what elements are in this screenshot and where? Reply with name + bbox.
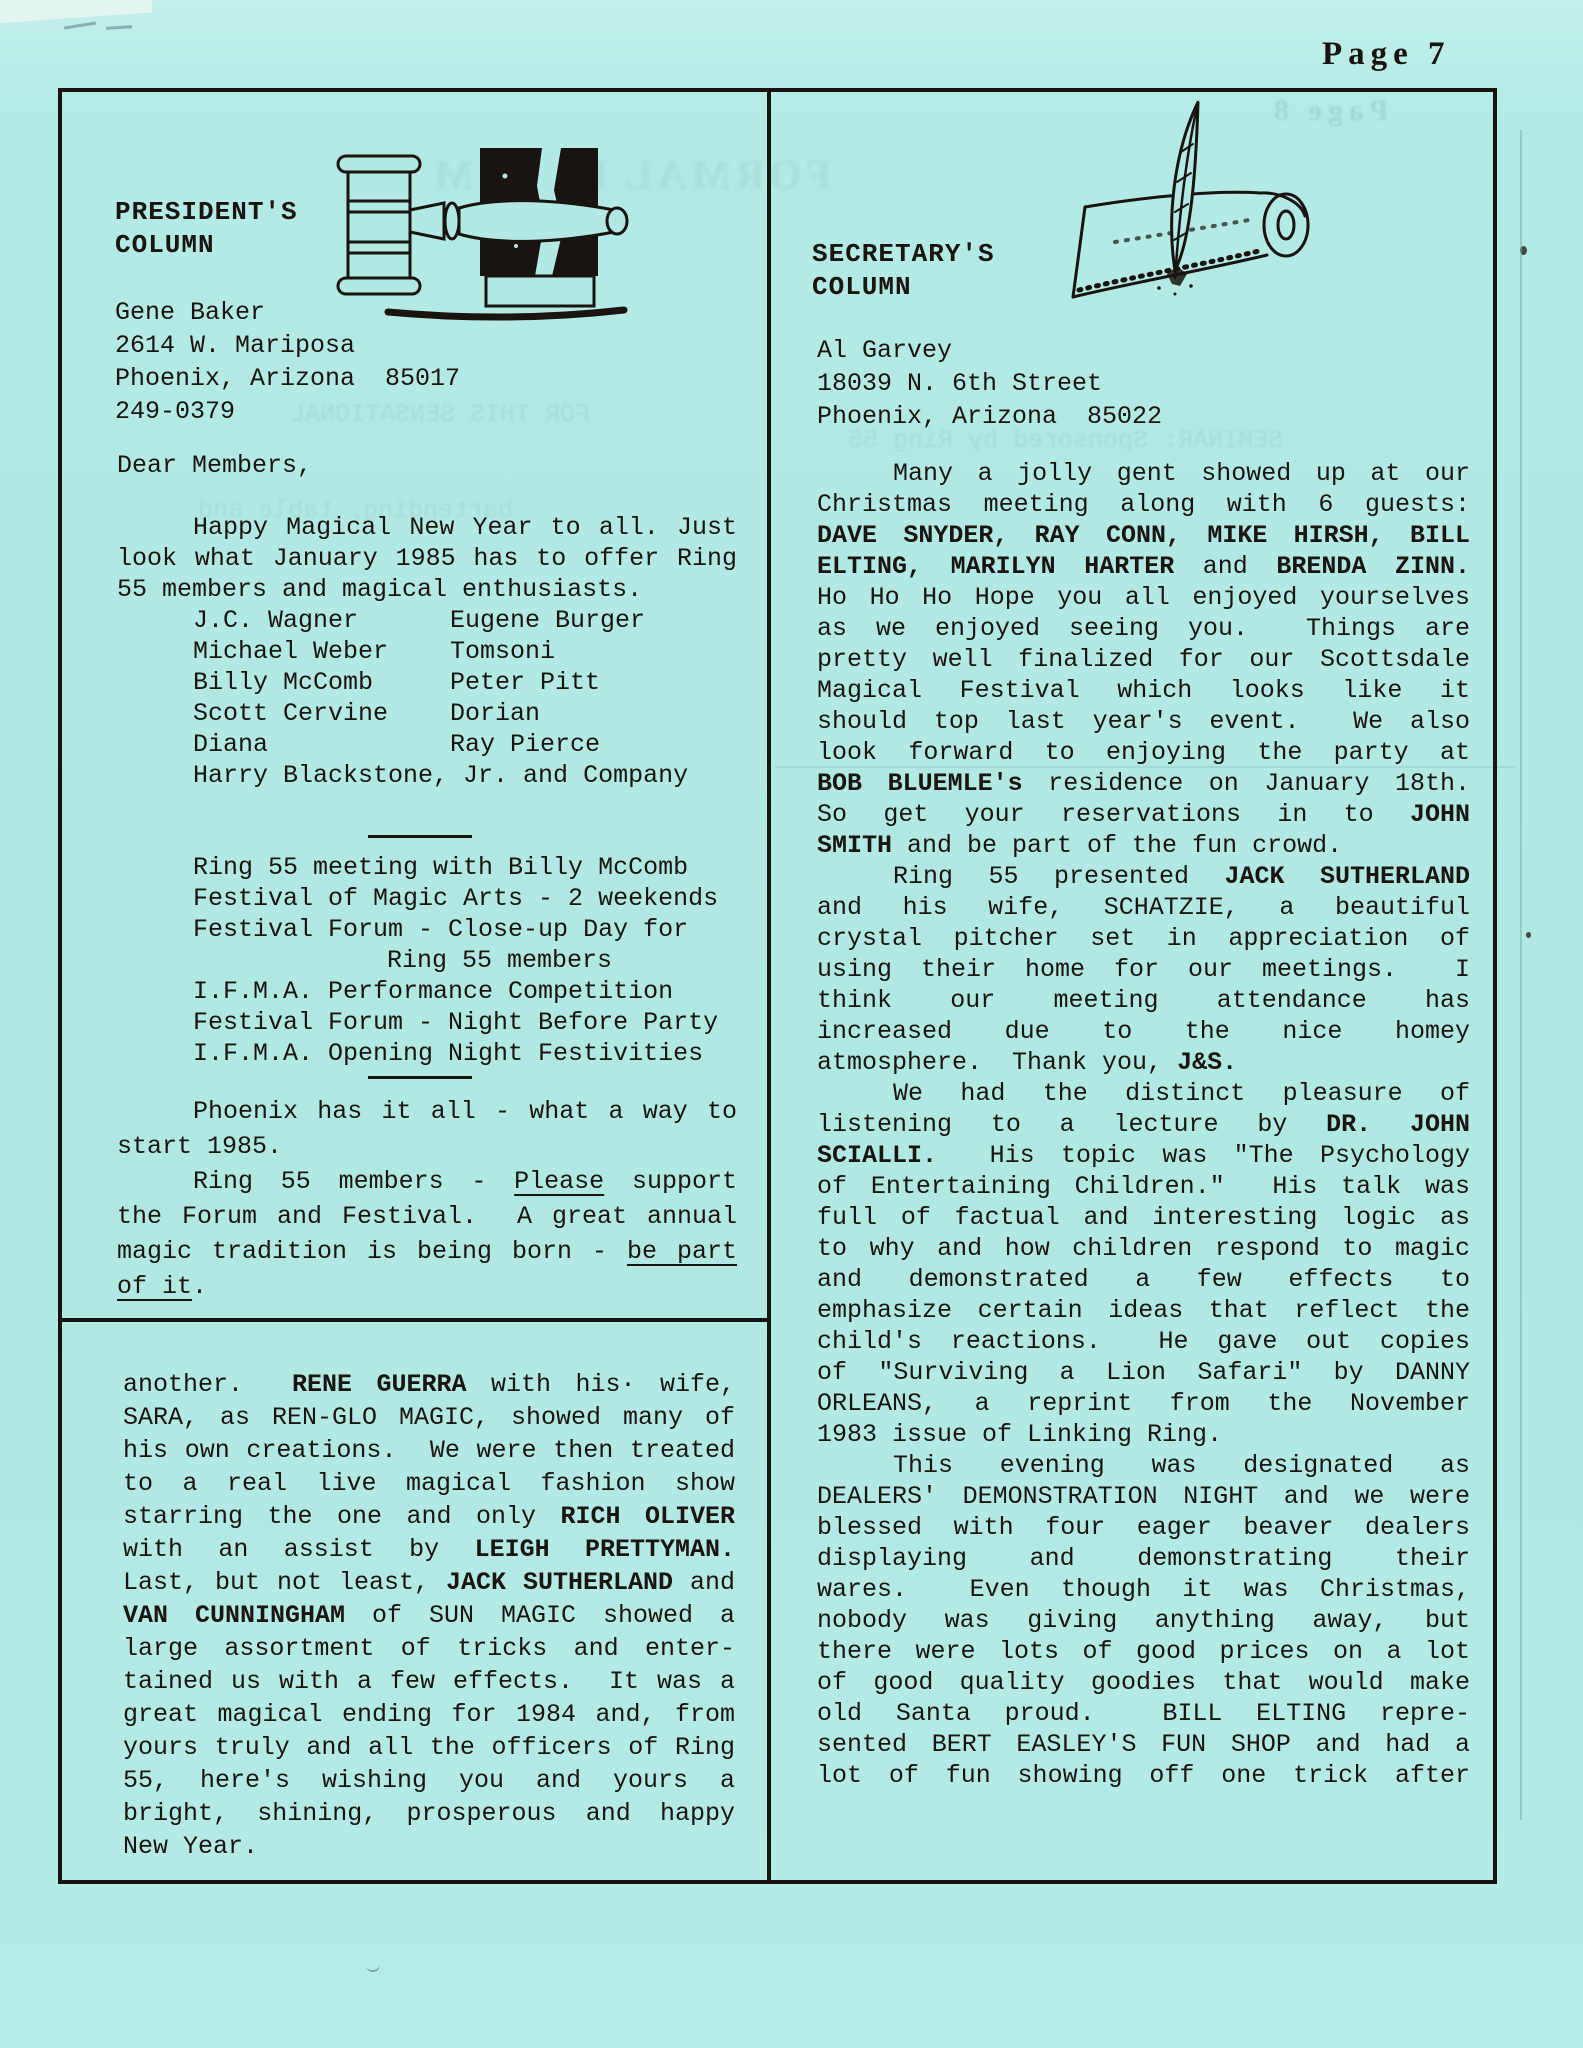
text-line: blessed with four eager beaver dealers <box>817 1512 1470 1543</box>
name-list-row: Michael WeberTomsoni <box>117 636 737 667</box>
name-list-row: Billy McCombPeter Pitt <box>117 667 737 698</box>
president-title-line2: COLUMN <box>115 229 298 262</box>
text-line: DAVE SNYDER, RAY CONN, MIKE HIRSH, BILL <box>817 520 1470 551</box>
text-line: ELTING, MARILYN HARTER and BRENDA ZINN. <box>817 551 1470 582</box>
text-line: Last, but not least, JACK SUTHERLAND and <box>123 1566 735 1599</box>
text-line: and his wife, SCHATZIE, a beautiful <box>817 892 1470 923</box>
text-line: of Entertaining Children." His talk was <box>817 1171 1470 1202</box>
text-line: large assortment of tricks and enter- <box>123 1632 735 1665</box>
name-right: Tomsoni <box>450 637 555 666</box>
text-line: sented BERT EASLEY'S FUN SHOP and had a <box>817 1729 1470 1760</box>
president-column-title: PRESIDENT'S COLUMN <box>115 196 298 262</box>
text-line: atmosphere. Thank you, J&S. <box>817 1047 1470 1078</box>
text-line: crystal pitcher set in appreciation of <box>817 923 1470 954</box>
secretary-column-title: SECRETARY'S COLUMN <box>812 238 995 304</box>
text-line: Many a jolly gent showed up at our <box>817 458 1470 489</box>
text-line: using their home for our meetings. I <box>817 954 1470 985</box>
president-letter-opening: Dear Members,Happy Magical New Year to a… <box>117 450 737 791</box>
text-line: of good quality goodies that would make <box>817 1667 1470 1698</box>
name-left: Diana <box>193 729 450 760</box>
text-line: This evening was designated as <box>817 1450 1470 1481</box>
text-line: 249-0379 <box>115 395 460 428</box>
president-address: Gene Baker2614 W. MariposaPhoenix, Arizo… <box>115 296 460 428</box>
text-line: to a real live magical fashion show <box>123 1467 735 1500</box>
name-left: Billy McComb <box>193 667 450 698</box>
scan-artifact <box>365 1959 381 1973</box>
typed-rule <box>368 835 472 838</box>
text-line: 18039 N. 6th Street <box>817 367 1162 400</box>
name-list-row: J.C. WagnerEugene Burger <box>117 605 737 636</box>
text-line: bright, shining, prosperous and happy <box>123 1797 735 1830</box>
text-line: I.F.M.A. Performance Competition <box>117 976 737 1007</box>
text-line: child's reactions. He gave out copies <box>817 1326 1470 1357</box>
text-line: tained us with a few effects. It was a <box>123 1665 735 1698</box>
name-right: Dorian <box>450 699 540 728</box>
text-line: Festival Forum - Night Before Party <box>117 1007 737 1038</box>
text-line: of "Surviving a Lion Safari" by DANNY <box>817 1357 1470 1388</box>
text-line: another. RENE GUERRA with his· wife, <box>123 1368 735 1401</box>
text-line: Ring 55 presented JACK SUTHERLAND <box>817 861 1470 892</box>
secretary-letter-body: Many a jolly gent showed up at ourChrist… <box>817 458 1470 1791</box>
text-line: DEALERS' DEMONSTRATION NIGHT and we were <box>817 1481 1470 1512</box>
text-line: starring the one and only RICH OLIVER <box>123 1500 735 1533</box>
text-line: magic tradition is being born - be part <box>117 1234 737 1269</box>
secretary-address: Al Garvey18039 N. 6th StreetPhoenix, Ari… <box>817 334 1162 433</box>
name-list-row: DianaRay Pierce <box>117 729 737 760</box>
name-left: J.C. Wagner <box>193 605 450 636</box>
secretary-title-line2: COLUMN <box>812 271 995 304</box>
text-line: New Year. <box>123 1830 735 1863</box>
scan-artifact <box>106 25 132 30</box>
text-line: to why and how children respond to magic <box>817 1233 1470 1264</box>
text-line: Festival of Magic Arts - 2 weekends <box>117 883 737 914</box>
president-event-list: Ring 55 meeting with Billy McCombFestiva… <box>117 852 737 1069</box>
text-line: 55 members and magical enthusiasts. <box>117 574 737 605</box>
text-line: I.F.M.A. Opening Night Festivities <box>117 1038 737 1069</box>
text-line: Ring 55 members - Please support <box>117 1164 737 1199</box>
text-line <box>117 481 737 512</box>
text-line: the Forum and Festival. A great annual <box>117 1199 737 1234</box>
name-right: Eugene Burger <box>450 606 645 635</box>
text-line: Phoenix, Arizona 85022 <box>817 400 1162 433</box>
text-line: BOB BLUEMLE's residence on January 18th. <box>817 768 1470 799</box>
text-line: yours truly and all the officers of Ring <box>123 1731 735 1764</box>
text-line: start 1985. <box>117 1129 737 1164</box>
name-left: Michael Weber <box>193 636 450 667</box>
text-line: 55, here's wishing you and yours a <box>123 1764 735 1797</box>
newsletter-page: Page 8 FORMAL FORUM FOR THIS SENSATIONAL… <box>0 0 1583 2048</box>
text-line: of it. <box>117 1269 737 1304</box>
text-line: Al Garvey <box>817 334 1162 367</box>
text-line: Ho Ho Ho Hope you all enjoyed yourselves <box>817 582 1470 613</box>
text-line: should top last year's event. We also <box>817 706 1470 737</box>
text-line: old Santa proud. BILL ELTING repre- <box>817 1698 1470 1729</box>
text-line: SARA, as REN-GLO MAGIC, showed many of <box>123 1401 735 1434</box>
text-line: 1983 issue of Linking Ring. <box>817 1419 1470 1450</box>
text-line: SMITH and be part of the fun crowd. <box>817 830 1470 861</box>
text-line: great magical ending for 1984 and, from <box>123 1698 735 1731</box>
name-left: Scott Cervine <box>193 698 450 729</box>
text-line: So get your reservations in to JOHN <box>817 799 1470 830</box>
article-continuation: another. RENE GUERRA with his· wife,SARA… <box>123 1368 735 1863</box>
typed-rule <box>368 1076 472 1079</box>
text-line: Happy Magical New Year to all. Just <box>117 512 737 543</box>
text-line: as we enjoyed seeing you. Things are <box>817 613 1470 644</box>
text-line: listening to a lecture by DR. JOHN <box>817 1109 1470 1140</box>
text-line: Phoenix, Arizona 85017 <box>115 362 460 395</box>
text-line: nobody was giving anything away, but <box>817 1605 1470 1636</box>
text-line: lot of fun showing off one trick after <box>817 1760 1470 1791</box>
name-right: Peter Pitt <box>450 668 600 697</box>
text-line: look what January 1985 has to offer Ring <box>117 543 737 574</box>
text-line: and demonstrated a few effects to <box>817 1264 1470 1295</box>
text-line: Festival Forum - Close-up Day for <box>117 914 737 945</box>
text-line: Gene Baker <box>115 296 460 329</box>
text-line: Ring 55 meeting with Billy McComb <box>117 852 737 883</box>
secretary-title-line1: SECRETARY'S <box>812 238 995 271</box>
left-section-divider <box>58 1318 771 1322</box>
text-line: pretty well finalized for our Scottsdale <box>817 644 1470 675</box>
text-line: increased due to the nice homey <box>817 1016 1470 1047</box>
page-number: Page 7 <box>1322 36 1451 73</box>
text-line: Harry Blackstone, Jr. and Company <box>117 760 737 791</box>
gavel-illustration <box>330 146 630 321</box>
text-line: VAN CUNNINGHAM of SUN MAGIC showed a <box>123 1599 735 1632</box>
text-line: his own creations. We were then treated <box>123 1434 735 1467</box>
text-line: Phoenix has it all - what a way to <box>117 1094 737 1129</box>
text-line: Dear Members, <box>117 450 737 481</box>
text-line: displaying and demonstrating their <box>817 1543 1470 1574</box>
text-line: We had the distinct pleasure of <box>817 1078 1470 1109</box>
paper-crease <box>1520 130 1522 1820</box>
scan-artifact <box>1526 932 1531 938</box>
text-line: 2614 W. Mariposa <box>115 329 460 362</box>
text-line: SCIALLI. His topic was "The Psychology <box>817 1140 1470 1171</box>
text-line: full of factual and interesting logic as <box>817 1202 1470 1233</box>
scan-artifact <box>64 22 96 30</box>
text-line: there were lots of good prices on a lot <box>817 1636 1470 1667</box>
text-line: wares. Even though it was Christmas, <box>817 1574 1470 1605</box>
president-title-line1: PRESIDENT'S <box>115 196 298 229</box>
quill-scroll-illustration <box>1055 92 1345 342</box>
scan-corner-wedge <box>0 0 153 24</box>
text-line: look forward to enjoying the party at <box>817 737 1470 768</box>
name-list-row: Scott CervineDorian <box>117 698 737 729</box>
name-right: Ray Pierce <box>450 730 600 759</box>
text-line: think our meeting attendance has <box>817 985 1470 1016</box>
text-line: Ring 55 members <box>117 945 737 976</box>
text-line: emphasize certain ideas that reflect the <box>817 1295 1470 1326</box>
text-line: Magical Festival which looks like it <box>817 675 1470 706</box>
president-letter-closing: Phoenix has it all - what a way tostart … <box>117 1094 737 1304</box>
column-divider <box>767 88 771 1880</box>
text-line: ORLEANS, a reprint from the November <box>817 1388 1470 1419</box>
text-line: Christmas meeting along with 6 guests: <box>817 489 1470 520</box>
text-line: with an assist by LEIGH PRETTYMAN. <box>123 1533 735 1566</box>
